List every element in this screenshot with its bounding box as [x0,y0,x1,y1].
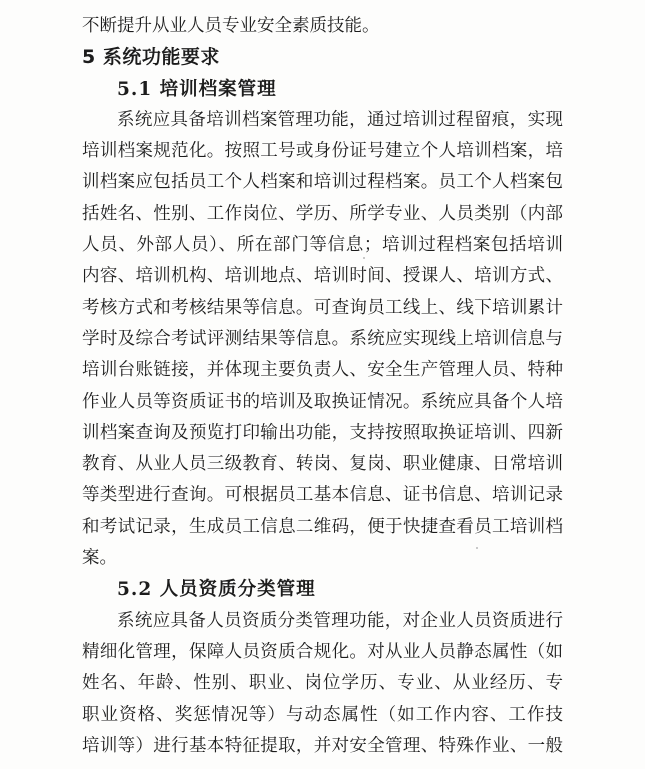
body-text-line: 系统应具备培训档案管理功能，通过培训过程留痕，实现 [82,105,563,136]
paragraph-continuation: 不断提升从业人员专业安全素质技能。 [82,11,563,42]
body-text-line: 不断提升从业人员专业安全素质技能。 [82,11,563,42]
body-text-line: 姓名、年龄、性别、职业、岗位学历、专业、从业经历、专长、 [82,668,563,699]
paragraph-5-2: 系统应具备人员资质分类管理功能，对企业人员资质进行精细化管理，保障人员资质合规化… [82,606,563,762]
body-text-line: 人员、外部人员）、所在部门等信息；培训过程档案包括培训 [82,230,563,261]
body-text-line: 培训档案规范化。按照工号或身份证号建立个人培训档案，培 [82,136,563,167]
section-heading-5-1: 5.1 培训档案管理 [82,74,563,105]
body-text-line: 教育、从业人员三级教育、转岗、复岗、职业健康、日常培训 [82,449,563,480]
body-text-line: 职业资格、奖惩情况等）与动态属性（如工作内容、工作技能、 [82,700,563,731]
body-text-line: 案。 [82,543,563,574]
body-text-line: 培训台账链接，并体现主要负责人、安全生产管理人员、特种 [82,355,563,386]
section-heading-5-2: 5.2 人员资质分类管理 [82,574,563,605]
document-page: 不断提升从业人员专业安全素质技能。 5 系统功能要求 5.1 培训档案管理 系统… [0,0,645,769]
document-content: 不断提升从业人员专业安全素质技能。 5 系统功能要求 5.1 培训档案管理 系统… [82,11,563,762]
body-text-line: 考核方式和考核结果等信息。可查询员工线上、线下培训累计 [82,293,563,324]
body-text-line: 括姓名、性别、工作岗位、学历、所学专业、人员类别（内部 [82,199,563,230]
body-text-line: 精细化管理，保障人员资质合规化。对从业人员静态属性（如 [82,637,563,668]
body-text-line: 和考试记录，生成员工信息二维码，便于快捷查看员工培训档 [82,512,563,543]
body-text-line: 系统应具备人员资质分类管理功能，对企业人员资质进行 [82,606,563,637]
body-text-line: 训档案应包括员工个人档案和培训过程档案。员工个人档案包 [82,167,563,198]
paragraph-5-1: 系统应具备培训档案管理功能，通过培训过程留痕，实现培训档案规范化。按照工号或身份… [82,105,563,574]
scan-speckle [476,547,478,549]
body-text-line: 学时及综合考试评测结果等信息。系统应实现线上培训信息与 [82,324,563,355]
scan-speckle [363,257,365,259]
body-text-line: 等类型进行查询。可根据员工基本信息、证书信息、培训记录 [82,480,563,511]
body-text-line: 作业人员等资质证书的培训及取换证情况。系统应具备个人培 [82,387,563,418]
body-text-line: 培训等）进行基本特征提取，并对安全管理、特殊作业、一般 [82,731,563,762]
chapter-heading: 5 系统功能要求 [82,42,563,73]
body-text-line: 训档案查询及预览打印输出功能，支持按照取换证培训、四新 [82,418,563,449]
body-text-line: 内容、培训机构、培训地点、培训时间、授课人、培训方式、 [82,261,563,292]
